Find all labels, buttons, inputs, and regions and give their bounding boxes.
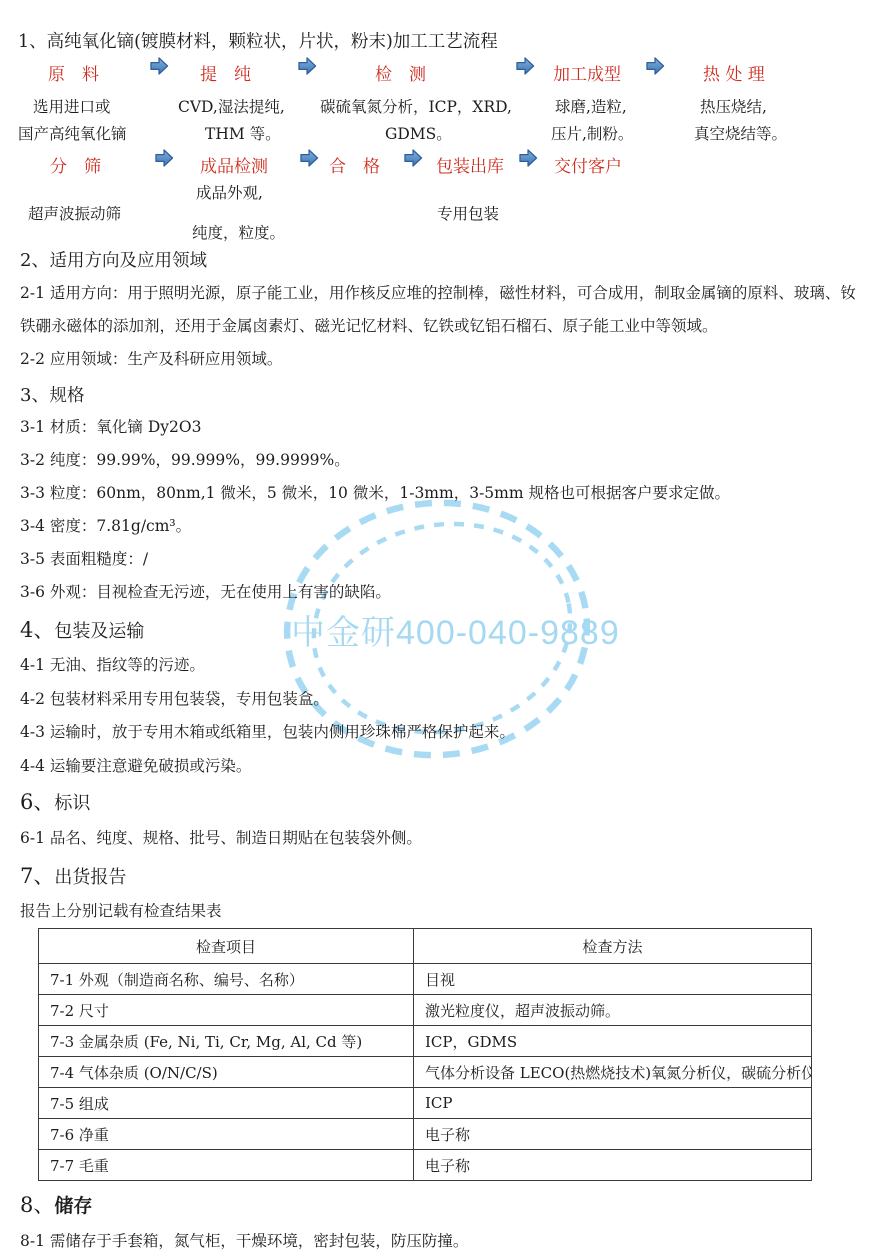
table-cell-method: 电子称	[414, 1119, 812, 1150]
document-body: 2、适用方向及应用领域 2-1 适用方向：用于照明光源，原子能工业，用作核反应堆…	[20, 246, 870, 1251]
body-line: 6-1 品名、纯度、规格、批号、制造日期贴在包装袋外侧。	[20, 826, 870, 848]
flow-step-delivery: 交付客户	[554, 152, 622, 177]
table-row: 7-2 尺寸 激光粒度仪，超声波振动筛。	[39, 995, 812, 1026]
arrow-right-icon	[646, 56, 665, 76]
flow-note: 国产高纯氧化镝	[18, 122, 127, 144]
table-cell-method: 目视	[414, 964, 812, 995]
section-heading-7: 7、出货报告	[20, 860, 870, 890]
section-title: 规格	[49, 386, 84, 406]
flow-note: 热压烧结,	[700, 95, 767, 117]
table-cell-item: 7-3 金属杂质 (Fe, Ni, Ti, Cr, Mg, Al, Cd 等)	[39, 1026, 414, 1057]
table-cell-item: 7-2 尺寸	[39, 995, 414, 1026]
arrow-right-icon	[300, 148, 319, 168]
flow-step-forming: 加工成型	[553, 60, 621, 85]
flow-note: CVD,湿法提纯,	[178, 95, 285, 117]
table-cell-method: 电子称	[414, 1150, 812, 1181]
arrow-right-icon	[155, 148, 174, 168]
section-number: 8、	[20, 1193, 54, 1217]
flow-step-raw-material: 原 料	[48, 60, 99, 85]
section-title: 包装及运输	[54, 621, 144, 642]
flow-note: 选用进口或	[33, 95, 111, 117]
table-cell-method: 激光粒度仪，超声波振动筛。	[414, 995, 812, 1026]
body-line: 3-6 外观：目视检查无污迹，无在使用上有害的缺陷。	[20, 580, 870, 602]
table-cell-item: 7-5 组成	[39, 1088, 414, 1119]
body-line: 2-2 应用领域：生产及科研应用领域。	[20, 347, 870, 369]
flow-note: 超声波振动筛	[28, 202, 121, 224]
flow-note: THM 等。	[205, 122, 281, 144]
flow-note: 碳硫氧氮分析，ICP，XRD,	[320, 95, 512, 117]
body-line: 2-1 适用方向：用于照明光源，原子能工业，用作核反应堆的控制棒，磁性材料，可合…	[20, 281, 870, 303]
arrow-right-icon	[150, 56, 169, 76]
table-row: 7-5 组成 ICP	[39, 1088, 812, 1119]
table-row: 7-7 毛重 电子称	[39, 1150, 812, 1181]
flow-note: 球磨,造粒,	[555, 95, 627, 117]
section-number: 3、	[20, 385, 49, 406]
body-line: 4-1 无油、指纹等的污迹。	[20, 653, 870, 675]
table-cell-method: 气体分析设备 LECO(热燃烧技术)氧氮分析仪，碳硫分析仪。	[414, 1057, 812, 1088]
section-heading-8: 8、储存	[20, 1189, 870, 1219]
flow-step-qualified: 合 格	[329, 152, 380, 177]
arrow-right-icon	[519, 148, 538, 168]
section-heading-2: 2、适用方向及应用领域	[20, 246, 870, 272]
section-number: 2、	[20, 250, 49, 271]
section-title: 储存	[54, 1195, 92, 1217]
body-line: 3-1 材质：氧化镝 Dy2O3	[20, 415, 870, 437]
body-line: 8-1 需储存于手套箱，氮气柜，干燥环境，密封包装，防压防撞。	[20, 1229, 870, 1251]
section-heading-4: 4、包装及运输	[20, 614, 870, 644]
section-heading-3: 3、规格	[20, 381, 870, 407]
flow-step-final-inspection: 成品检测	[200, 152, 268, 177]
table-row: 7-1 外观（制造商名称、编号、名称） 目视	[39, 964, 812, 995]
body-line: 3-2 纯度：99.99%，99.999%，99.9999%。	[20, 448, 870, 470]
table-header-item: 检查项目	[39, 929, 414, 964]
table-cell-item: 7-7 毛重	[39, 1150, 414, 1181]
body-line: 3-4 密度：7.81g/cm³。	[20, 514, 870, 536]
table-cell-method: ICP，GDMS	[414, 1026, 812, 1057]
table-header-row: 检查项目 检查方法	[39, 929, 812, 964]
page-title: 1、高纯氧化镝(镀膜材料，颗粒状，片状，粉末)加工工艺流程	[18, 28, 498, 53]
flow-note: 纯度，粒度。	[192, 221, 285, 243]
body-line: 3-3 粒度：60nm，80nm,1 微米，5 微米，10 微米，1-3mm，3…	[20, 481, 870, 503]
section-title: 标识	[54, 793, 90, 814]
table-row: 7-3 金属杂质 (Fe, Ni, Ti, Cr, Mg, Al, Cd 等) …	[39, 1026, 812, 1057]
flow-step-sieving: 分 筛	[50, 152, 101, 177]
flow-step-inspect: 检 测	[375, 60, 426, 85]
body-line: 4-2 包装材料采用专用包装袋，专用包装盒。	[20, 687, 870, 709]
table-row: 7-6 净重 电子称	[39, 1119, 812, 1150]
section-title: 适用方向及应用领域	[49, 251, 207, 271]
table-cell-item: 7-6 净重	[39, 1119, 414, 1150]
arrow-right-icon	[516, 56, 535, 76]
table-intro-line: 报告上分别记载有检查结果表	[20, 899, 870, 921]
body-line: 4-4 运输要注意避免破损或污染。	[20, 754, 870, 776]
flow-note: 真空烧结等。	[694, 122, 787, 144]
inspection-table: 检查项目 检查方法 7-1 外观（制造商名称、编号、名称） 目视 7-2 尺寸 …	[38, 928, 812, 1181]
table-cell-item: 7-4 气体杂质 (O/N/C/S)	[39, 1057, 414, 1088]
body-line: 3-5 表面粗糙度：/	[20, 547, 870, 569]
table-cell-method: ICP	[414, 1088, 812, 1119]
section-title: 出货报告	[54, 867, 126, 888]
flow-note: 压片,制粉。	[551, 122, 633, 144]
flow-step-purify: 提 纯	[200, 60, 251, 85]
section-number: 6、	[20, 790, 54, 814]
section-number: 4、	[20, 618, 54, 642]
flow-note: 成品外观,	[196, 181, 263, 203]
flow-step-packing-outbound: 包装出库	[436, 152, 504, 177]
flow-step-heat-treatment: 热 处 理	[703, 60, 765, 85]
arrow-right-icon	[298, 56, 317, 76]
flow-note: 专用包装	[437, 202, 499, 224]
section-heading-6: 6、标识	[20, 786, 870, 816]
table-header-method: 检查方法	[414, 929, 812, 964]
section-number: 7、	[20, 864, 54, 888]
flow-note: GDMS。	[385, 122, 452, 144]
body-line: 4-3 运输时，放于专用木箱或纸箱里，包装内侧用珍珠棉严格保护起来。	[20, 720, 870, 742]
document-page: 中金研400-040-9889 1、高纯氧化镝(镀膜材料，颗粒状，片状，粉末)加…	[0, 0, 890, 1258]
table-cell-item: 7-1 外观（制造商名称、编号、名称）	[39, 964, 414, 995]
arrow-right-icon	[404, 148, 423, 168]
table-row: 7-4 气体杂质 (O/N/C/S) 气体分析设备 LECO(热燃烧技术)氧氮分…	[39, 1057, 812, 1088]
body-line: 铁硼永磁体的添加剂，还用于金属卤素灯、磁光记忆材料、钇铁或钇铝石榴石、原子能工业…	[20, 314, 870, 336]
